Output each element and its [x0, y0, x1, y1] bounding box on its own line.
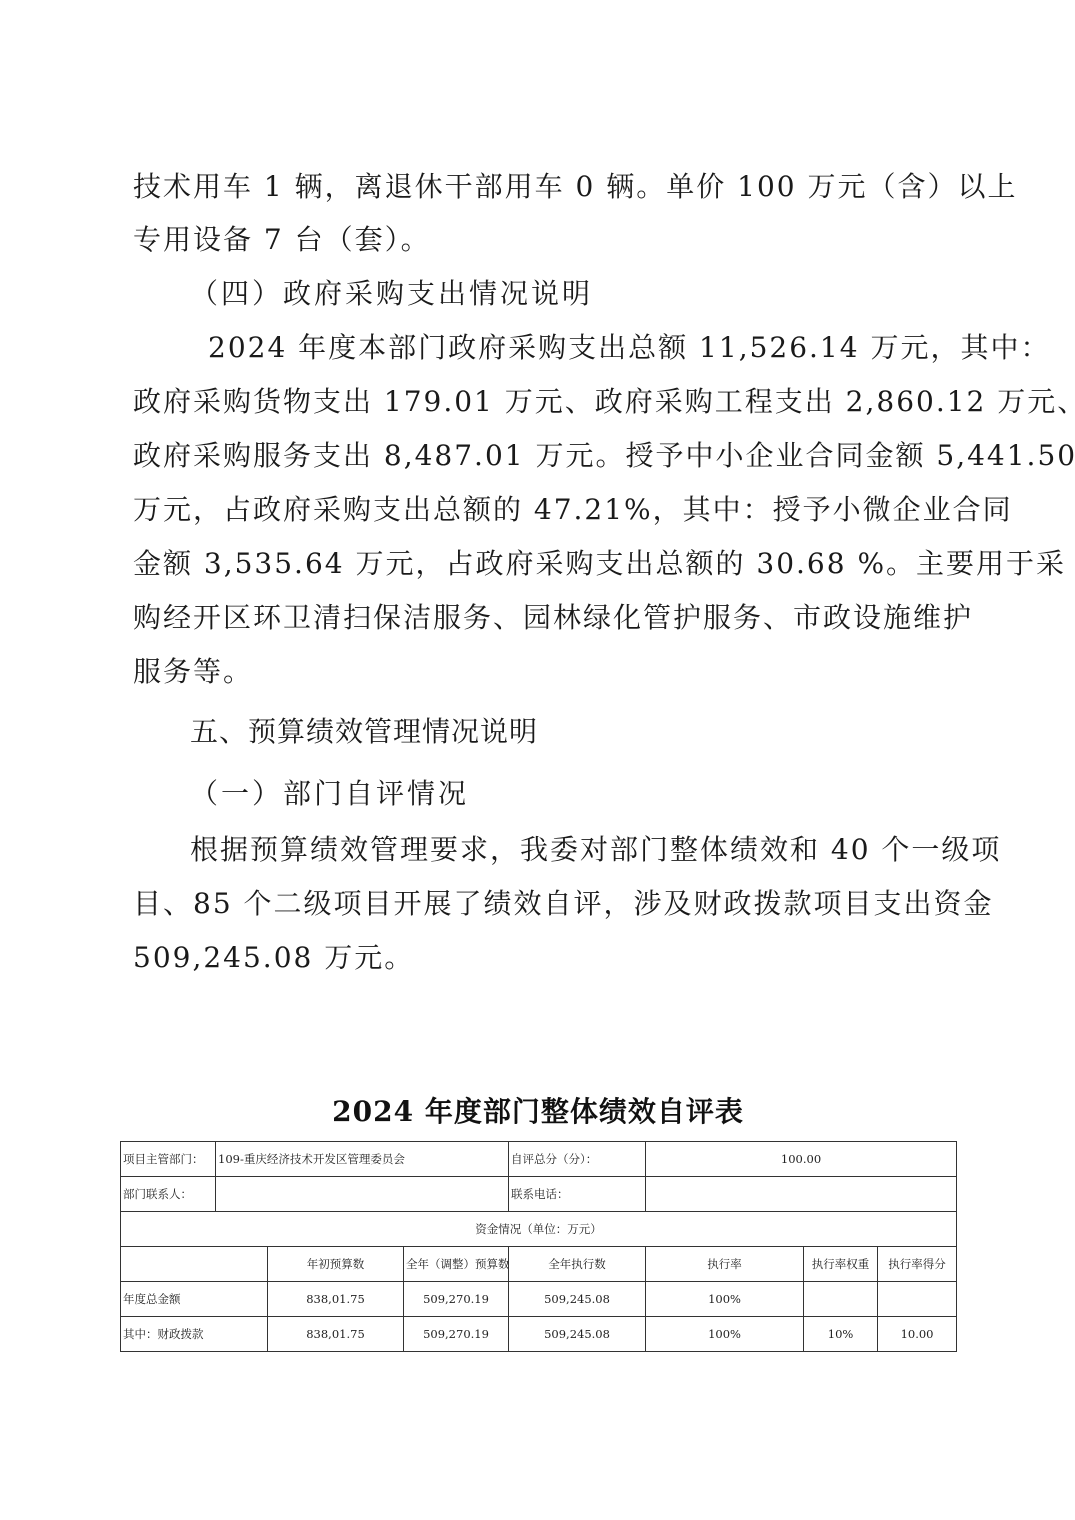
- column-header-initial-budget: 年初预算数: [268, 1247, 404, 1282]
- phone-label: 联系电话：: [509, 1177, 646, 1212]
- execution-rate-cell: 100%: [646, 1317, 804, 1352]
- body-line: 专用设备 7 台（套）。: [133, 220, 945, 260]
- paragraph-line: 509,245.08 万元。: [133, 938, 945, 978]
- contact-value: [216, 1177, 509, 1212]
- score-cell: 10.00: [878, 1317, 957, 1352]
- score-value: 100.00: [646, 1142, 957, 1177]
- dept-value: 109-重庆经济技术开发区管理委员会: [216, 1142, 509, 1177]
- paragraph-line: 政府采购服务支出 8,487.01 万元。授予中小企业合同金额 5,441.50: [133, 436, 945, 476]
- weight-cell: [804, 1282, 878, 1317]
- section-heading-procurement: （四）政府采购支出情况说明: [190, 274, 945, 314]
- initial-budget-cell: 838,01.75: [268, 1282, 404, 1317]
- adjusted-budget-cell: 509,270.19: [404, 1282, 509, 1317]
- weight-cell: 10%: [804, 1317, 878, 1352]
- table-row: 其中：财政拨款 838,01.75 509,270.19 509,245.08 …: [121, 1317, 957, 1352]
- paragraph-line: 政府采购货物支出 179.01 万元、政府采购工程支出 2,860.12 万元、: [133, 382, 945, 422]
- column-header-adjusted-budget: 全年（调整）预算数: [404, 1247, 509, 1282]
- paragraph-line: 金额 3,535.64 万元，占政府采购支出总额的 30.68 %。主要用于采: [133, 544, 945, 584]
- body-line: 技术用车 1 辆，离退休干部用车 0 辆。单价 100 万元（含）以上: [133, 167, 945, 207]
- paragraph-line: 根据预算绩效管理要求，我委对部门整体绩效和 40 个一级项: [190, 830, 945, 870]
- table-row: 年度总金额 838,01.75 509,270.19 509,245.08 10…: [121, 1282, 957, 1317]
- row-label: 年度总金额: [121, 1282, 268, 1317]
- table-row-contact: 部门联系人： 联系电话：: [121, 1177, 957, 1212]
- subsection-heading-self-evaluation: （一）部门自评情况: [190, 774, 945, 814]
- paragraph-line: 2024 年度本部门政府采购支出总额 11,526.14 万元，其中：: [208, 328, 945, 368]
- dept-label: 项目主管部门：: [121, 1142, 216, 1177]
- table-header-row: 年初预算数 全年（调整）预算数 全年执行数 执行率 执行率权重 执行率得分: [121, 1247, 957, 1282]
- executed-cell: 509,245.08: [509, 1317, 646, 1352]
- adjusted-budget-cell: 509,270.19: [404, 1317, 509, 1352]
- performance-evaluation-table: 项目主管部门： 109-重庆经济技术开发区管理委员会 自评总分（分）： 100.…: [120, 1141, 957, 1352]
- column-header-executed: 全年执行数: [509, 1247, 646, 1282]
- column-header-blank: [121, 1247, 268, 1282]
- paragraph-line: 目、85 个二级项目开展了绩效自评，涉及财政拨款项目支出资金: [133, 884, 945, 924]
- executed-cell: 509,245.08: [509, 1282, 646, 1317]
- score-label: 自评总分（分）：: [509, 1142, 646, 1177]
- phone-value: [646, 1177, 957, 1212]
- execution-rate-cell: 100%: [646, 1282, 804, 1317]
- paragraph-line: 购经开区环卫清扫保洁服务、园林绿化管护服务、市政设施维护: [133, 598, 945, 638]
- column-header-weight: 执行率权重: [804, 1247, 878, 1282]
- section-heading-performance: 五、预算绩效管理情况说明: [190, 712, 945, 752]
- contact-label: 部门联系人：: [121, 1177, 216, 1212]
- row-label: 其中：财政拨款: [121, 1317, 268, 1352]
- column-header-execution-rate: 执行率: [646, 1247, 804, 1282]
- column-header-score: 执行率得分: [878, 1247, 957, 1282]
- table-title: 2024 年度部门整体绩效自评表: [120, 1092, 956, 1132]
- paragraph-line: 万元，占政府采购支出总额的 47.21%，其中：授予小微企业合同: [133, 490, 945, 530]
- paragraph-line: 服务等。: [133, 652, 945, 692]
- initial-budget-cell: 838,01.75: [268, 1317, 404, 1352]
- table-row-funds-header: 资金情况（单位：万元）: [121, 1212, 957, 1247]
- funds-header: 资金情况（单位：万元）: [121, 1212, 957, 1247]
- document-page: 技术用车 1 辆，离退休干部用车 0 辆。单价 100 万元（含）以上 专用设备…: [0, 0, 1075, 1520]
- table-row-department: 项目主管部门： 109-重庆经济技术开发区管理委员会 自评总分（分）： 100.…: [121, 1142, 957, 1177]
- score-cell: [878, 1282, 957, 1317]
